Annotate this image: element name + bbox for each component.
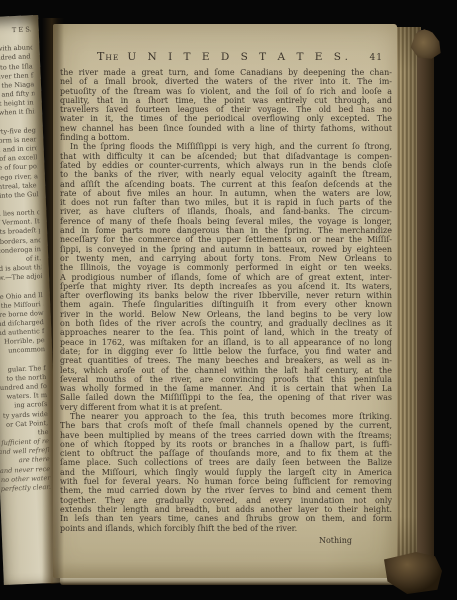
text-line: travellers ſaved fourteen leagues of the… (60, 105, 392, 114)
text-line: peace in 1762, was miſtaken for an iſlan… (60, 338, 392, 347)
body-text: the river made a great turn, and ſome Ca… (60, 68, 392, 533)
text-line: one of which ſtopped by its roots or bra… (60, 440, 392, 449)
fore-edge-rough-strip (417, 30, 434, 583)
page-number: 41 (370, 53, 383, 63)
book-photo-scene: T E S. gth, with abundane hundred and fi… (0, 0, 457, 600)
text-line: nel of a ſmall brook, diverted the water… (60, 77, 392, 86)
text-line: water in it, the times of the periodical… (60, 114, 392, 123)
text-line: ſeveral mouths of the river, are convinc… (60, 375, 392, 384)
text-line: ference of many of theſe ſhoals being ſe… (60, 217, 392, 226)
text-line: with fuel for ſeveral years. No human fo… (60, 477, 392, 486)
text-line: petuoſity of the ſtream was ſo violent, … (60, 87, 392, 96)
text-line: together. They are gradually covered, an… (60, 496, 392, 505)
text-line: have been multiplied by means of the tre… (60, 431, 392, 440)
text-line: that with difficulty it can be aſcended;… (60, 152, 392, 161)
text-line: the Illinois, the voyage is commonly per… (60, 263, 392, 272)
text-line: finding a bottom. (60, 133, 392, 142)
text-line: them, the mud carried down by the river … (60, 486, 392, 495)
text-line: or twenty men, and carrying about forty … (60, 254, 392, 263)
text-line: points and iſlands, which forcibly ſhift… (60, 524, 392, 533)
text-line: river in the world. Below New Orleans, t… (60, 310, 392, 319)
text-line: A prodigious number of iſlands, ſome of … (60, 273, 392, 282)
text-line: ſippi, is conveyed in the ſpring and aut… (60, 245, 392, 254)
text-line: the river made a great turn, and ſome Ca… (60, 68, 392, 77)
text-line: In the ſpring floods the Miſſiſſippi is … (60, 142, 392, 151)
text-line: neceſſary for the commerce of the upper … (60, 235, 392, 244)
title-main: U N I T E D S T A T E S. (127, 51, 352, 63)
text-line: extends their length and breadth, but ad… (60, 505, 392, 514)
text-line: ſated by eddies or counter-currents, whi… (60, 161, 392, 170)
text-line: new channel has been ſince ſounded with … (60, 124, 392, 133)
spine-gutter-shadow (42, 18, 64, 584)
text-line: cient to obſtruct the paſſage of thouſan… (60, 449, 392, 458)
text-line: ſperſe that mighty river. Its depth incr… (60, 282, 392, 291)
text-line: them again. Theſe ſingularities diſtingu… (60, 300, 392, 309)
page-corner-curl-bottom (384, 552, 442, 594)
text-line: after overflowing its banks below the ri… (60, 291, 392, 300)
text-line: lets, which aroſe out of the channel wit… (60, 366, 392, 375)
text-line: The bars that croſs moſt of theſe ſmall … (60, 421, 392, 430)
text-line: great quantities of trees. The many beec… (60, 356, 392, 365)
text-line: to the banks of the river, with nearly e… (60, 170, 392, 179)
text-line: and aſſiſt the aſcending boats. The curr… (60, 180, 392, 189)
text-line: river, as have cluſters of iſlands, ſhoa… (60, 207, 392, 216)
text-line: In leſs than ten years time, canes and ſ… (60, 514, 392, 523)
text-line: rate of about five miles an hour. In aut… (60, 189, 392, 198)
text-line: and in ſome parts more dangerous than in… (60, 226, 392, 235)
text-line: on both ſides of the river acroſs the co… (60, 319, 392, 328)
text-line: it does not run faſter than two miles, b… (60, 198, 392, 207)
text-line: date; for in digging ever ſo little belo… (60, 347, 392, 356)
text-line: and the Miſſouri, which ſingly would ſup… (60, 468, 392, 477)
text-line: ſame place. Such collections of trees ar… (60, 458, 392, 467)
text-line: The nearer you approach to the ſea, this… (60, 412, 392, 421)
title-the-smallcaps: HE (105, 53, 119, 62)
text-line: approaches nearer to the ſea. This point… (60, 328, 392, 337)
page-title: THEU N I T E D S T A T E S. (97, 50, 352, 63)
text-line: was wholly formed in the ſame manner. An… (60, 384, 392, 393)
book-page: THEU N I T E D S T A T E S. 41 the river… (53, 24, 397, 578)
text-line: Salle ſailed down the Miſſiſſippi to the… (60, 393, 392, 402)
running-head: THEU N I T E D S T A T E S. 41 (53, 50, 397, 63)
text-line: very different from what it is at preſen… (60, 403, 392, 412)
text-line: quality, that in a ſhort time, the point… (60, 96, 392, 105)
catchword: Nothing (53, 536, 397, 545)
